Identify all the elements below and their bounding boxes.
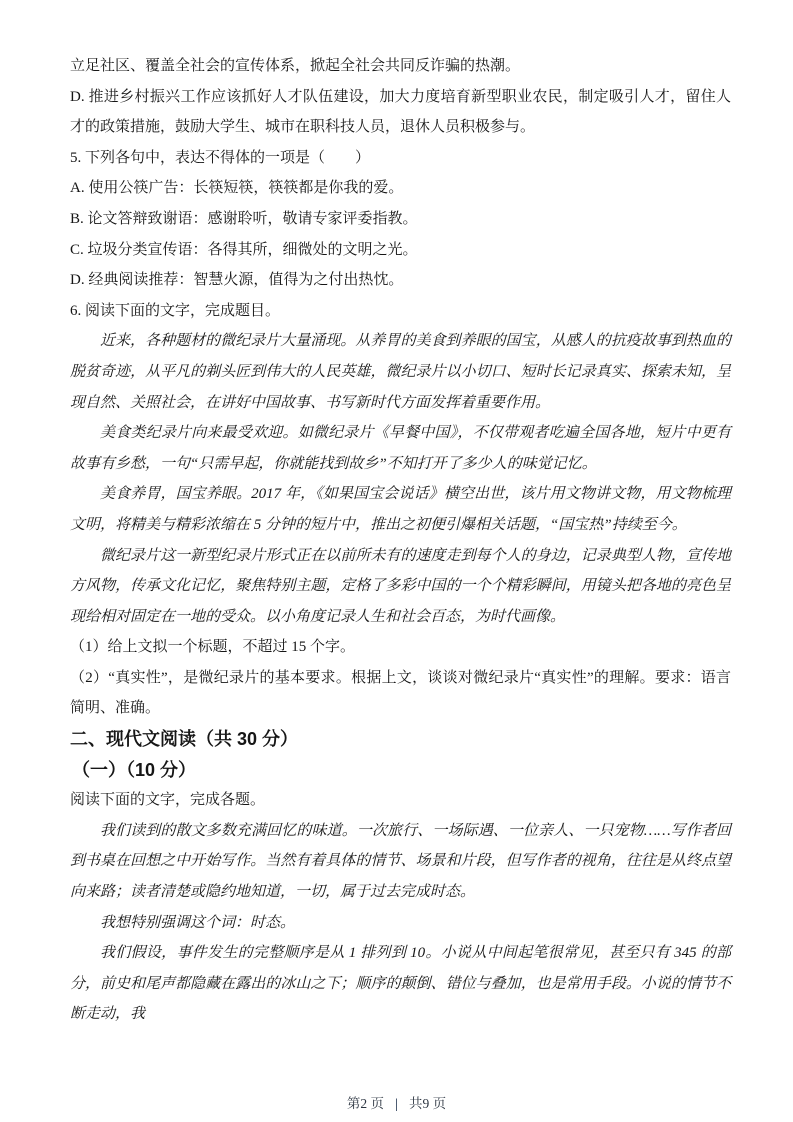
question4-option-c-tail: 立足社区、覆盖全社会的宣传体系，掀起全社会共同反诈骗的热潮。: [70, 51, 731, 82]
question6-subquestion-2: （2）“真实性”，是微纪录片的基本要求。根据上文，谈谈对微纪录片“真实性”的理解…: [70, 663, 731, 724]
section-heading-modern-reading: 二、现代文阅读（共 30 分）: [70, 724, 731, 755]
exam-paper-page: 立足社区、覆盖全社会的宣传体系，掀起全社会共同反诈骗的热潮。 D. 推进乡村振兴…: [0, 0, 793, 1122]
question4-option-d: D. 推进乡村振兴工作应该抓好人才队伍建设，加大力度培育新型职业农民，制定吸引人…: [70, 82, 731, 143]
footer-total-pages: 共9 页: [409, 1096, 446, 1111]
question6-stem: 6. 阅读下面的文字，完成题目。: [70, 296, 731, 327]
question6-passage-paragraph-3: 美食养胃，国宝养眼。2017 年，《如果国宝会说话》横空出世，该片用文物讲文物，…: [70, 479, 731, 540]
section2-passage-paragraph-2: 我想特别强调这个词：时态。: [70, 908, 731, 939]
question6-passage-paragraph-2: 美食类纪录片向来最受欢迎。如微纪录片《早餐中国》，不仅带观者吃遍全国各地，短片中…: [70, 418, 731, 479]
question6-subquestion-1: （1）给上文拟一个标题，不超过 15 个字。: [70, 632, 731, 663]
footer-current-page: 第2 页: [347, 1096, 384, 1111]
question6-passage-paragraph-1: 近来，各种题材的微纪录片大量涌现。从养胃的美食到养眼的国宝，从感人的抗疫故事到热…: [70, 326, 731, 418]
question5-option-a: A. 使用公筷广告：长筷短筷，筷筷都是你我的爱。: [70, 173, 731, 204]
question6-passage-paragraph-4: 微纪录片这一新型纪录片形式正在以前所未有的速度走到每个人的身边，记录典型人物，宣…: [70, 541, 731, 633]
question5-option-d: D. 经典阅读推荐：智慧火源，值得为之付出热忱。: [70, 265, 731, 296]
section2-passage-paragraph-1: 我们读到的散文多数充满回忆的味道。一次旅行、一场际遇、一位亲人、一只宠物……写作…: [70, 816, 731, 908]
section-subheading-part-one: （一）（10 分）: [70, 755, 731, 786]
section2-passage-paragraph-3: 我们假设，事件发生的完整顺序是从 1 排列到 10。小说从中间起笔很常见，甚至只…: [70, 938, 731, 1030]
question5-stem: 5. 下列各句中，表达不得体的一项是（ ）: [70, 143, 731, 174]
document-content: 立足社区、覆盖全社会的宣传体系，掀起全社会共同反诈骗的热潮。 D. 推进乡村振兴…: [70, 51, 731, 1030]
section2-instruction: 阅读下面的文字，完成各题。: [70, 785, 731, 816]
page-footer: 第2 页|共9 页: [0, 1092, 793, 1112]
question5-option-b: B. 论文答辩致谢语：感谢聆听，敬请专家评委指教。: [70, 204, 731, 235]
question5-option-c: C. 垃圾分类宣传语：各得其所，细微处的文明之光。: [70, 235, 731, 266]
footer-separator: |: [395, 1096, 398, 1111]
